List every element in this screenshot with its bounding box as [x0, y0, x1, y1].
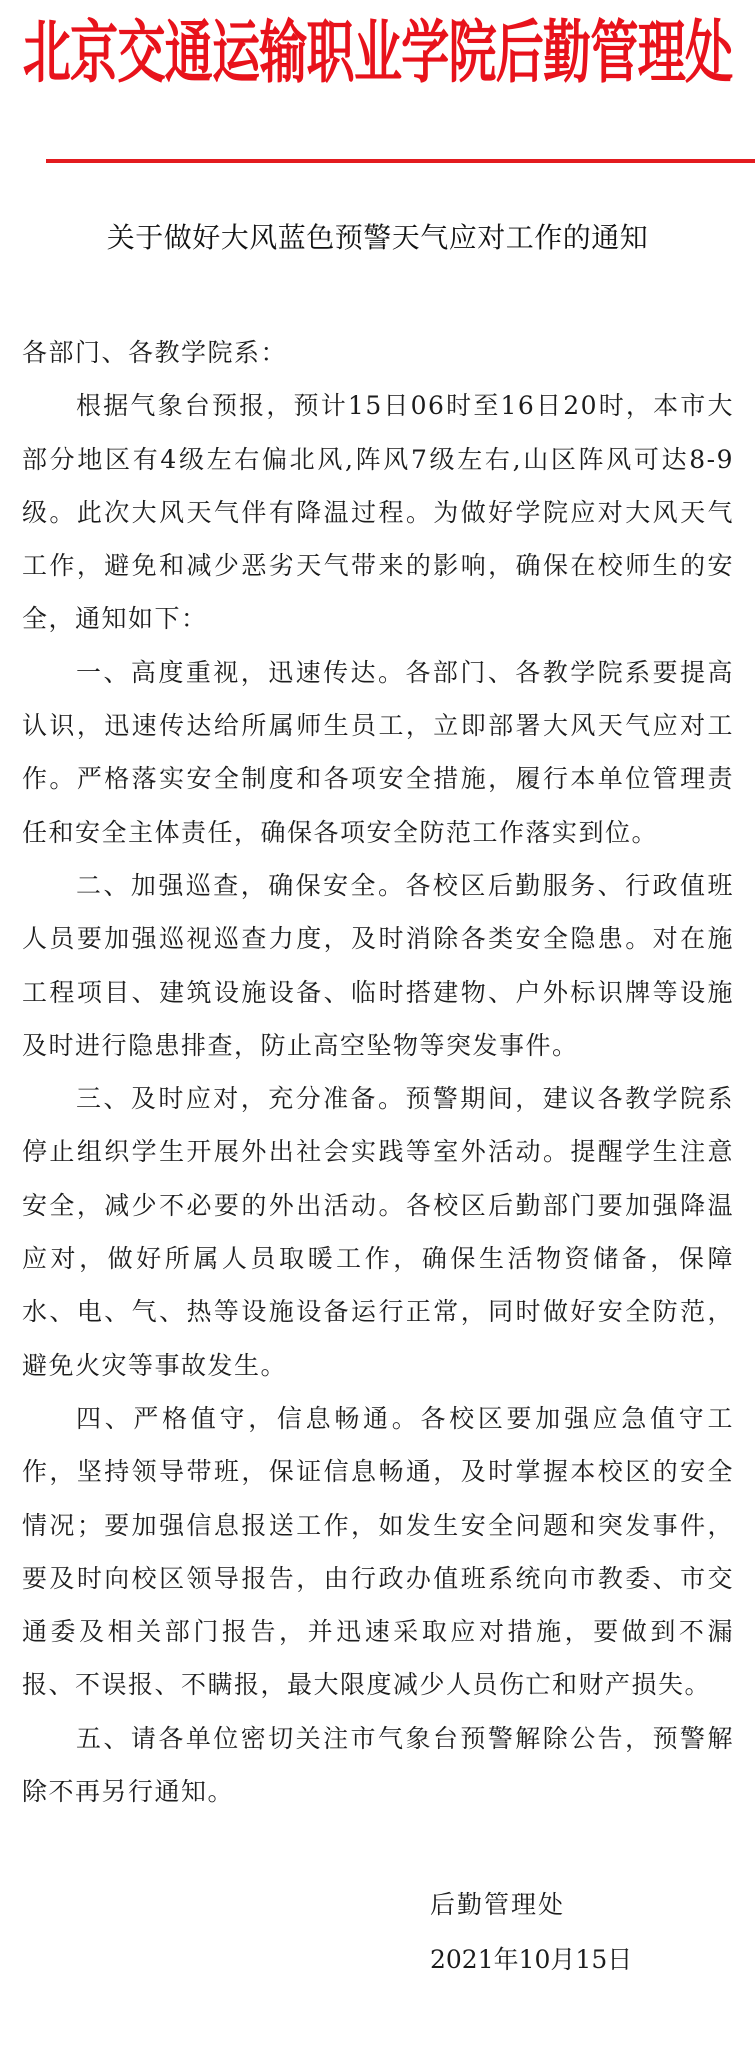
paragraph-item-4: 四、严格值守，信息畅通。各校区要加强应急值守工作，坚持领导带班，保证信息畅通，及…	[22, 1392, 734, 1712]
letterhead: 北京交通运输职业学院后勤管理处	[40, 12, 715, 94]
signature-date: 2021年10月15日	[430, 1940, 632, 1980]
signature-department: 后勤管理处	[430, 1885, 565, 1925]
paragraph-item-3: 三、及时应对，充分准备。预警期间，建议各教学院系停止组织学生开展外出社会实践等室…	[22, 1072, 734, 1392]
letterhead-org-name: 北京交通运输职业学院后勤管理处	[23, 3, 733, 103]
document-title: 关于做好大风蓝色预警天气应对工作的通知	[0, 218, 755, 258]
document-body: 各部门、各教学院系： 根据气象台预报，预计15日06时至16日20时，本市大部分…	[22, 326, 734, 1818]
paragraph-item-1: 一、高度重视，迅速传达。各部门、各教学院系要提高认识，迅速传达给所属师生员工，立…	[22, 646, 734, 859]
paragraph-item-5: 五、请各单位密切关注市气象台预警解除公告，预警解除不再另行通知。	[22, 1712, 734, 1819]
paragraph-item-2: 二、加强巡查，确保安全。各校区后勤服务、行政值班人员要加强巡视巡查力度，及时消除…	[22, 859, 734, 1072]
letterhead-red-rule	[46, 159, 755, 163]
paragraph-intro: 根据气象台预报，预计15日06时至16日20时，本市大部分地区有4级左右偏北风,…	[22, 379, 734, 645]
salutation: 各部门、各教学院系：	[22, 326, 734, 379]
